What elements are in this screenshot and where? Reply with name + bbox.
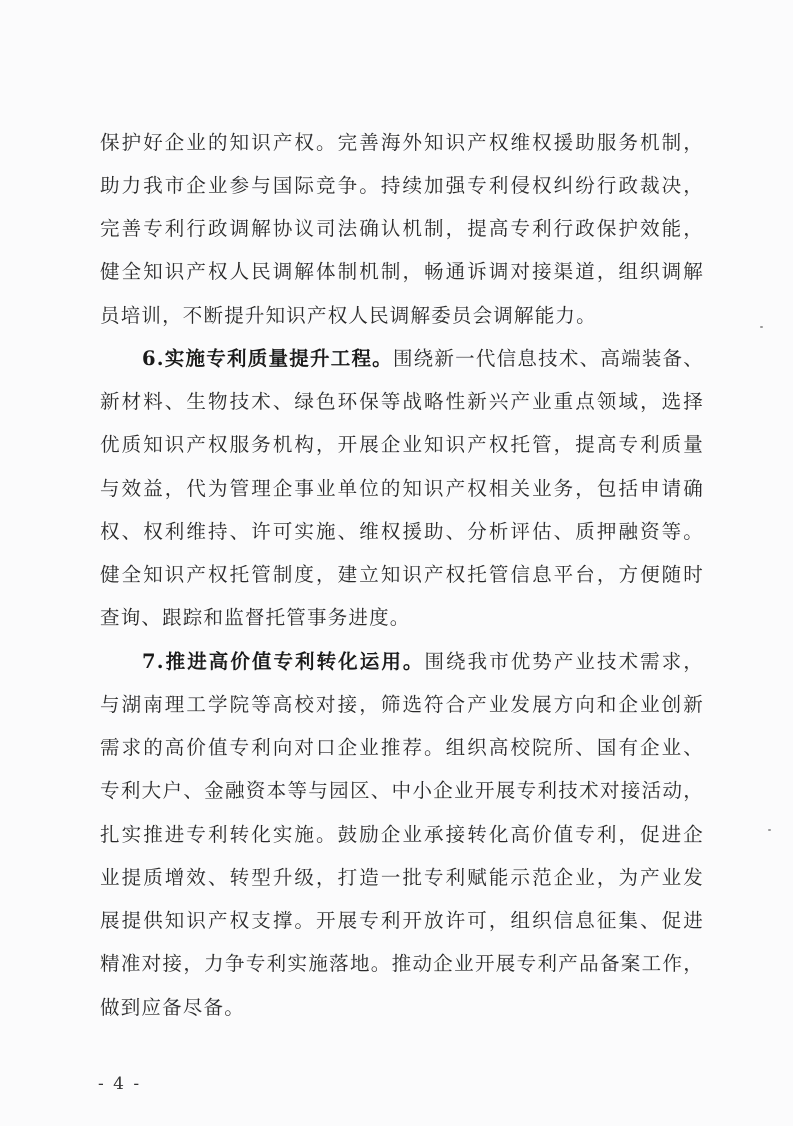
text-line: 新材料、生物技术、绿色环保等战略性新兴产业重点领域，选择 <box>100 388 704 416</box>
scan-speck <box>768 829 771 831</box>
text-line: 助力我市企业参与国际竞争。持续加强专利侵权纠纷行政裁决， <box>100 172 704 200</box>
text-line: 精准对接，力争专利实施落地。推动企业开展专利产品备案工作， <box>100 950 704 978</box>
text-line: 权、权利维持、许可实施、维权援助、分析评估、质押融资等。 <box>100 518 704 546</box>
section-6-first-line: 6.实施专利质量提升工程。围绕新一代信息技术、高端装备、 <box>142 345 704 373</box>
text-line: 与湖南理工学院等高校对接，筛选符合产业发展方向和企业创新 <box>100 691 704 719</box>
text-line: 完善专利行政调解协议司法确认机制，提高专利行政保护效能， <box>100 215 704 243</box>
document-page: 保护好企业的知识产权。完善海外知识产权维权援助服务机制， 助力我市企业参与国际竞… <box>0 0 793 1126</box>
section-7-heading: 7.推进高价值专利转化运用。 <box>142 650 424 673</box>
section-6-heading: 6.实施专利质量提升工程。 <box>142 347 393 370</box>
section-7-first-line-text: 围绕我市优势产业技术需求， <box>424 650 704 673</box>
text-line: 需求的高价值专利向对口企业推荐。组织高校院所、国有企业、 <box>100 734 704 762</box>
text-line: 优质知识产权服务机构，开展企业知识产权托管，提高专利质量 <box>100 431 704 459</box>
text-line: 展提供知识产权支撑。开展专利开放许可，组织信息征集、促进 <box>100 907 704 935</box>
text-line: 保护好企业的知识产权。完善海外知识产权维权援助服务机制， <box>100 129 704 157</box>
text-line: 业提质增效、转型升级，打造一批专利赋能示范企业，为产业发 <box>100 864 704 892</box>
text-line: 健全知识产权人民调解体制机制，畅通诉调对接渠道，组织调解 <box>100 258 704 286</box>
text-line: 健全知识产权托管制度，建立知识产权托管信息平台，方便随时 <box>100 561 704 589</box>
scan-speck <box>760 326 763 328</box>
text-line: 扎实推进专利转化实施。鼓励企业承接转化高价值专利，促进企 <box>100 821 704 849</box>
text-line: 与效益，代为管理企事业单位的知识产权相关业务，包括申请确 <box>100 475 704 503</box>
text-line: 做到应备尽备。 <box>100 994 704 1022</box>
text-line: 员培训，不断提升知识产权人民调解委员会调解能力。 <box>100 302 704 330</box>
page-number: - 4 - <box>98 1074 141 1094</box>
section-7-first-line: 7.推进高价值专利转化运用。围绕我市优势产业技术需求， <box>142 648 704 676</box>
text-line: 查询、跟踪和监督托管事务进度。 <box>100 604 704 632</box>
section-6-first-line-text: 围绕新一代信息技术、高端装备、 <box>393 347 704 370</box>
text-line: 专利大户、金融资本等与园区、中小企业开展专利技术对接活动， <box>100 777 704 805</box>
